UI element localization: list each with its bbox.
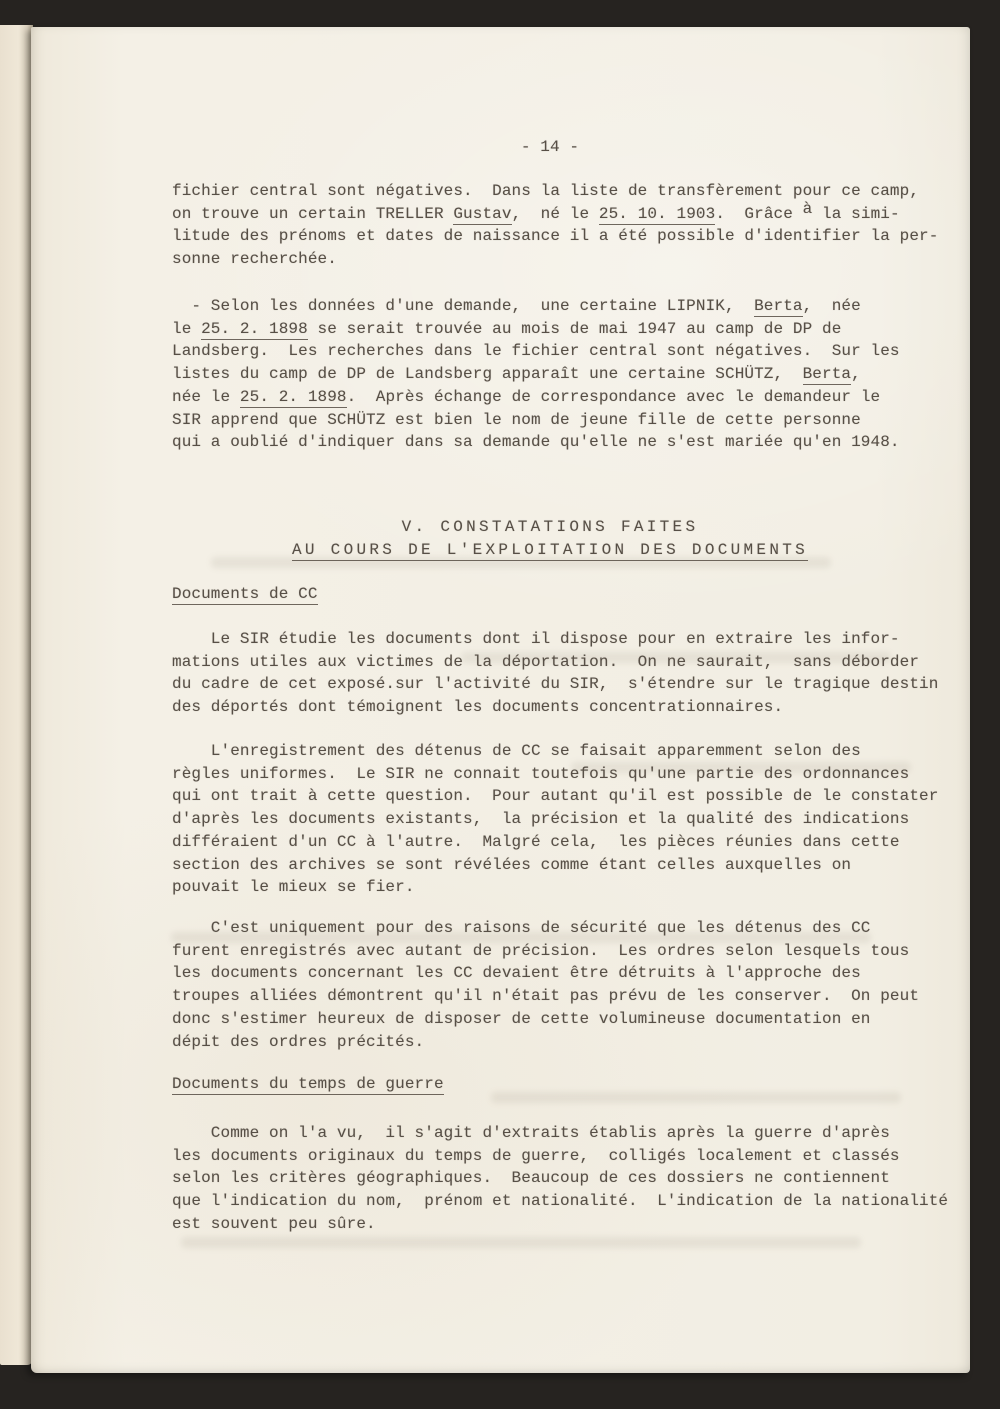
text-line: que l'indication du nom, prénom et natio… xyxy=(172,1190,948,1213)
text-segment: selon les critères géographiques. Beauco… xyxy=(172,1169,890,1187)
text-line: SIR apprend que SCHÜTZ est bien le nom d… xyxy=(172,409,900,432)
body-paragraph: C'est uniquement pour des raisons de séc… xyxy=(172,917,919,1053)
text-segment: L'enregistrement des détenus de CC se fa… xyxy=(172,742,861,760)
text-line: on trouve un certain TRELLER Gustav, né … xyxy=(172,203,938,226)
subsection-heading: Documents du temps de guerre xyxy=(172,1073,444,1096)
text-segment: se serait trouvée au mois de mai 1947 au… xyxy=(308,320,842,338)
text-line: pouvait le mieux se fier. xyxy=(172,876,938,899)
body-paragraph: fichier central sont négatives. Dans la … xyxy=(172,180,938,271)
text-segment: SIR apprend que SCHÜTZ est bien le nom d… xyxy=(172,411,861,429)
text-segment: la simi- xyxy=(812,205,899,223)
text-segment: , né le xyxy=(512,205,599,223)
text-line: sonne recherchée. xyxy=(172,248,938,271)
text-line: d'après les documents existants, la préc… xyxy=(172,808,938,831)
text-segment: troupes alliées démontrent qu'il n'était… xyxy=(172,987,919,1005)
text-segment: qui ont trait à cette question. Pour aut… xyxy=(172,787,938,805)
text-segment: différaient d'un CC à l'autre. Malgré ce… xyxy=(172,833,900,851)
bleed-through-artifact xyxy=(491,1092,901,1103)
bleed-through-artifact xyxy=(181,1237,861,1248)
text-line: mations utiles aux victimes de la déport… xyxy=(172,651,938,674)
text-line: Landsberg. Les recherches dans le fichie… xyxy=(172,340,900,363)
scanner-background: { "colors":{ "scanner_background":"#2623… xyxy=(0,0,1000,1409)
text-segment: des déportés dont témoignent les documen… xyxy=(172,698,783,716)
text-segment: on trouve un certain TRELLER xyxy=(172,205,453,223)
body-paragraph: L'enregistrement des détenus de CC se fa… xyxy=(172,740,938,899)
underlined-text: AU COURS DE L'EXPLOITATION DES DOCUMENTS xyxy=(292,541,808,561)
text-segment: que l'indication du nom, prénom et natio… xyxy=(172,1192,948,1210)
text-segment: sonne recherchée. xyxy=(172,250,337,268)
text-line: section des archives se sont révélées co… xyxy=(172,854,938,877)
text-segment: . Grâce xyxy=(715,205,802,223)
text-line: différaient d'un CC à l'autre. Malgré ce… xyxy=(172,831,938,854)
text-line: Documents du temps de guerre xyxy=(172,1073,444,1096)
underlined-text: 25. 10. 1903 xyxy=(599,205,715,225)
text-line: C'est uniquement pour des raisons de séc… xyxy=(172,917,919,940)
text-line: née le 25. 2. 1898. Après échange de cor… xyxy=(172,386,900,409)
text-segment: née le xyxy=(172,388,240,406)
text-line: furent enregistrés avec autant de précis… xyxy=(172,940,919,963)
text-line: donc s'estimer heureux de disposer de ce… xyxy=(172,1008,919,1031)
text-segment: les documents concernant les CC devaient… xyxy=(172,964,861,982)
underlined-text: 25. 2. 1898 xyxy=(201,320,308,340)
text-line: est souvent peu sûre. xyxy=(172,1213,948,1236)
text-line: litude des prénoms et dates de naissance… xyxy=(172,225,938,248)
text-segment: Comme on l'a vu, il s'agit d'extraits ét… xyxy=(172,1124,890,1142)
text-line: le 25. 2. 1898 se serait trouvée au mois… xyxy=(172,318,900,341)
text-segment: Landsberg. Les recherches dans le fichie… xyxy=(172,342,900,360)
text-segment: du cadre de cet exposé.sur l'activité du… xyxy=(172,675,938,693)
text-segment: . Après échange de correspondance avec l… xyxy=(347,388,881,406)
text-segment: est souvent peu sûre. xyxy=(172,1215,376,1233)
section-heading: V. CONSTATATIONS FAITESAU COURS DE L'EXP… xyxy=(180,516,920,561)
page-number: - 14 - xyxy=(180,136,920,159)
text-line: du cadre de cet exposé.sur l'activité du… xyxy=(172,673,938,696)
text-line: - 14 - xyxy=(180,136,920,159)
underlined-text: Documents du temps de guerre xyxy=(172,1075,444,1095)
text-line: selon les critères géographiques. Beauco… xyxy=(172,1167,948,1190)
text-segment: dépit des ordres précités. xyxy=(172,1033,424,1051)
body-paragraph: Le SIR étudie les documents dont il disp… xyxy=(172,628,938,719)
text-segment: fichier central sont négatives. Dans la … xyxy=(172,182,919,200)
text-segment: listes du camp de DP de Landsberg appara… xyxy=(172,365,803,383)
text-line: qui a oublié d'indiquer dans sa demande … xyxy=(172,431,900,454)
text-segment: d'après les documents existants, la préc… xyxy=(172,810,909,828)
text-line: fichier central sont négatives. Dans la … xyxy=(172,180,938,203)
text-line: troupes alliées démontrent qu'il n'était… xyxy=(172,985,919,1008)
text-segment: pouvait le mieux se fier. xyxy=(172,878,415,896)
text-segment: donc s'estimer heureux de disposer de ce… xyxy=(172,1010,871,1028)
text-line: Comme on l'a vu, il s'agit d'extraits ét… xyxy=(172,1122,948,1145)
text-segment: V. CONSTATATIONS FAITES xyxy=(402,518,699,536)
text-segment: Le SIR étudie les documents dont il disp… xyxy=(172,630,900,648)
text-segment: - Selon les données d'une demande, une c… xyxy=(172,297,754,315)
text-segment: règles uniformes. Le SIR ne connait tout… xyxy=(172,765,909,783)
underlined-text: Berta xyxy=(754,297,803,317)
text-line: les documents concernant les CC devaient… xyxy=(172,962,919,985)
text-line: Le SIR étudie les documents dont il disp… xyxy=(172,628,938,651)
underlined-text: Berta xyxy=(803,365,852,385)
body-paragraph: Comme on l'a vu, il s'agit d'extraits ét… xyxy=(172,1122,948,1236)
text-line: règles uniformes. Le SIR ne connait tout… xyxy=(172,763,938,786)
subsection-heading: Documents de CC xyxy=(172,583,318,606)
underlined-text: 25. 2. 1898 xyxy=(240,388,347,408)
underlined-text: Documents de CC xyxy=(172,585,318,605)
text-segment: section des archives se sont révélées co… xyxy=(172,856,851,874)
body-paragraph: - Selon les données d'une demande, une c… xyxy=(172,295,900,454)
text-line: dépit des ordres précités. xyxy=(172,1031,919,1054)
text-segment: , née xyxy=(803,297,861,315)
text-line: des déportés dont témoignent les documen… xyxy=(172,696,938,719)
text-segment: le xyxy=(172,320,201,338)
text-segment: litude des prénoms et dates de naissance… xyxy=(172,227,938,245)
text-line: AU COURS DE L'EXPLOITATION DES DOCUMENTS xyxy=(180,539,920,562)
text-line: les documents originaux du temps de guer… xyxy=(172,1145,948,1168)
text-line: V. CONSTATATIONS FAITES xyxy=(180,516,920,539)
underlined-text: Gustav xyxy=(453,205,511,225)
text-segment: furent enregistrés avec autant de précis… xyxy=(172,942,909,960)
under-page-edge xyxy=(0,25,33,1365)
text-line: qui ont trait à cette question. Pour aut… xyxy=(172,785,938,808)
text-line: L'enregistrement des détenus de CC se fa… xyxy=(172,740,938,763)
text-segment: les documents originaux du temps de guer… xyxy=(172,1147,900,1165)
text-segment: mations utiles aux victimes de la déport… xyxy=(172,653,919,671)
text-segment: à xyxy=(803,200,813,218)
text-segment: - 14 - xyxy=(521,138,579,156)
text-segment: qui a oublié d'indiquer dans sa demande … xyxy=(172,433,900,451)
text-line: - Selon les données d'une demande, une c… xyxy=(172,295,900,318)
text-line: Documents de CC xyxy=(172,583,318,606)
text-line: listes du camp de DP de Landsberg appara… xyxy=(172,363,900,386)
text-segment: C'est uniquement pour des raisons de séc… xyxy=(172,919,871,937)
text-segment: , xyxy=(851,365,861,383)
